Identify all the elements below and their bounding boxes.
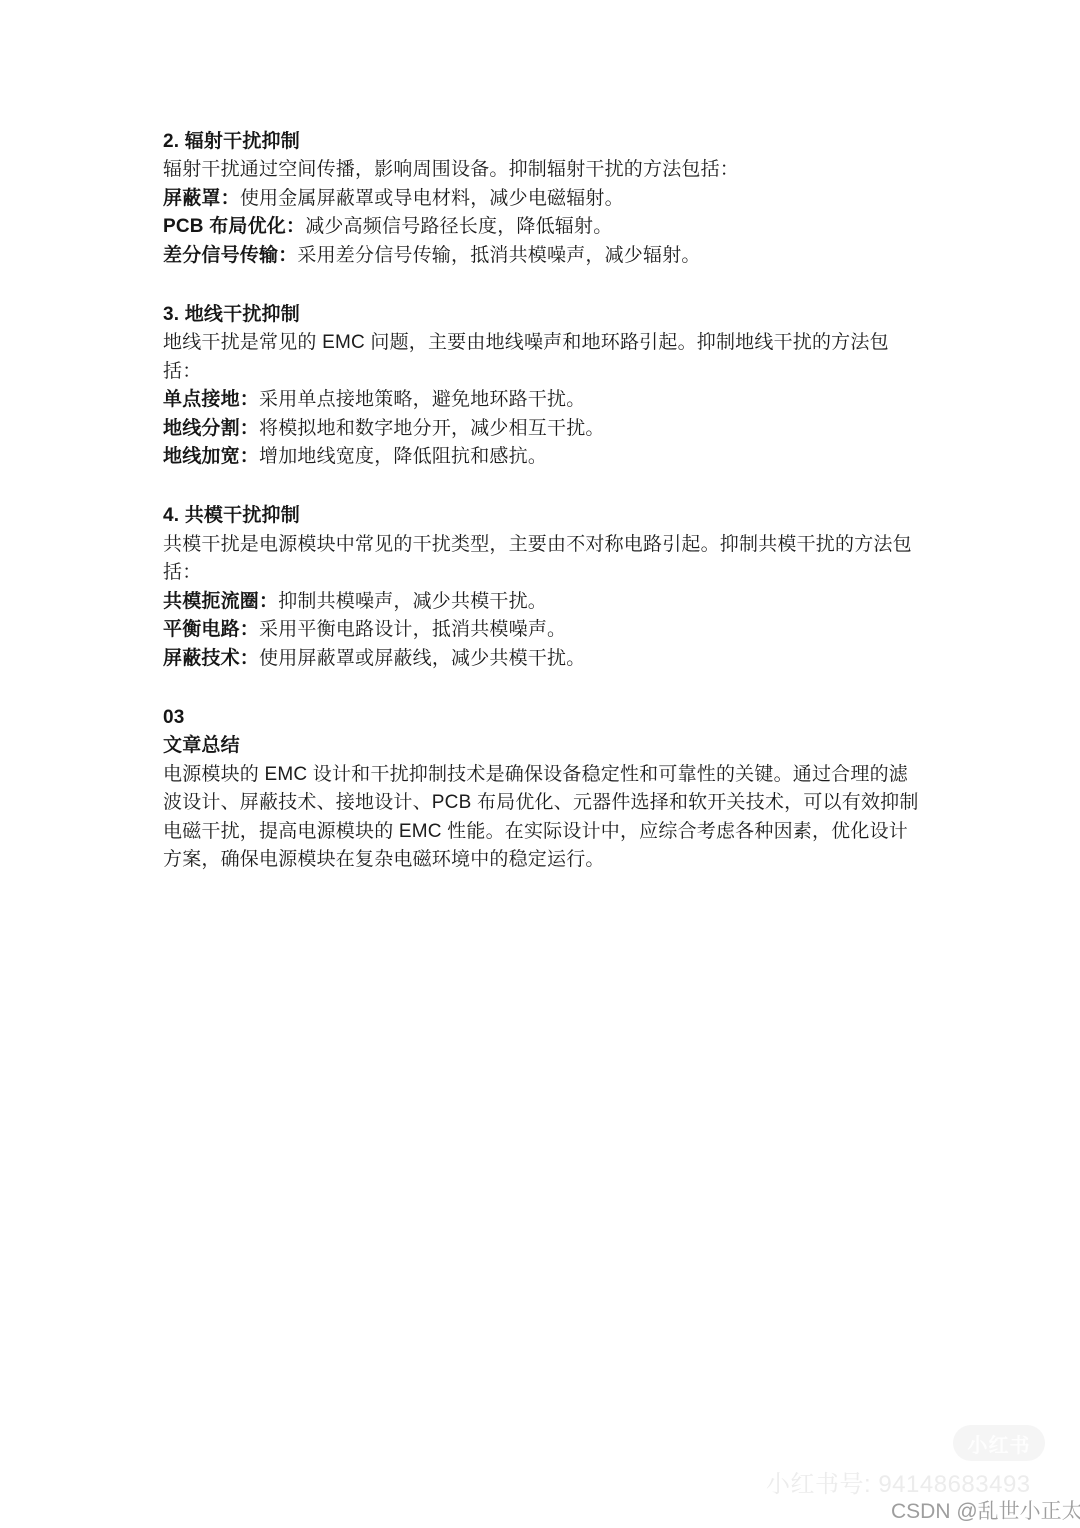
xiaohongshu-id-watermark: 小红书号: 94148683493 [766, 1464, 1031, 1499]
definition-item: 地线加宽：增加地线宽度，降低阻抗和感抗。 [163, 443, 927, 471]
section-heading: 3. 地线干扰抑制 [163, 301, 927, 329]
definition-item: 单点接地：采用单点接地策略，避免地环路干扰。 [163, 386, 927, 414]
definition-item: 共模扼流圈：抑制共模噪声，减少共模干扰。 [163, 588, 927, 616]
definition-item: 屏蔽技术：使用屏蔽罩或屏蔽线，减少共模干扰。 [163, 645, 927, 673]
section-ground-interference: 3. 地线干扰抑制 地线干扰是常见的 EMC 问题，主要由地线噪声和地环路引起。… [163, 301, 927, 471]
xiaohongshu-badge-label: 小红书 [968, 1429, 1031, 1458]
definition-item: 地线分割：将模拟地和数字地分开，减少相互干扰。 [163, 415, 927, 443]
definition-term: PCB 布局优化： [163, 216, 305, 237]
definition-desc: 增加地线宽度，降低阻抗和感抗。 [259, 446, 547, 467]
section-intro: 地线干扰是常见的 EMC 问题，主要由地线噪声和地环路引起。抑制地线干扰的方法包… [163, 329, 927, 386]
definition-desc: 采用差分信号传输，抵消共模噪声，减少辐射。 [297, 245, 700, 266]
summary-paragraph: 电源模块的 EMC 设计和干扰抑制技术是确保设备稳定性和可靠性的关键。通过合理的… [163, 761, 927, 875]
definition-desc: 采用单点接地策略，避免地环路干扰。 [259, 389, 585, 410]
section-intro: 共模干扰是电源模块中常见的干扰类型，主要由不对称电路引起。抑制共模干扰的方法包括… [163, 531, 927, 588]
section-radiated-interference: 2. 辐射干扰抑制 辐射干扰通过空间传播，影响周围设备。抑制辐射干扰的方法包括：… [163, 128, 927, 270]
definition-term: 屏蔽罩： [163, 188, 240, 209]
definition-desc: 减少高频信号路径长度，降低辐射。 [305, 216, 612, 237]
definition-term: 屏蔽技术： [163, 648, 259, 669]
section-common-mode-interference: 4. 共模干扰抑制 共模干扰是电源模块中常见的干扰类型，主要由不对称电路引起。抑… [163, 502, 927, 672]
definition-term: 平衡电路： [163, 619, 259, 640]
definition-term: 差分信号传输： [163, 245, 297, 266]
definition-desc: 采用平衡电路设计，抵消共模噪声。 [259, 619, 566, 640]
definition-item: 差分信号传输：采用差分信号传输，抵消共模噪声，减少辐射。 [163, 242, 927, 270]
article-body: 2. 辐射干扰抑制 辐射干扰通过空间传播，影响周围设备。抑制辐射干扰的方法包括：… [163, 128, 927, 874]
section-heading: 2. 辐射干扰抑制 [163, 128, 927, 156]
definition-desc: 使用金属屏蔽罩或导电材料，减少电磁辐射。 [240, 188, 624, 209]
definition-term: 地线加宽： [163, 446, 259, 467]
csdn-author-watermark: CSDN @乱世小正太 [891, 1495, 1080, 1525]
section-intro: 辐射干扰通过空间传播，影响周围设备。抑制辐射干扰的方法包括： [163, 156, 927, 184]
definition-desc: 抑制共模噪声，减少共模干扰。 [278, 591, 547, 612]
section-summary: 03 文章总结 电源模块的 EMC 设计和干扰抑制技术是确保设备稳定性和可靠性的… [163, 704, 927, 874]
xiaohongshu-badge: 小红书 [953, 1425, 1045, 1461]
summary-number: 03 [163, 704, 927, 732]
definition-desc: 使用屏蔽罩或屏蔽线，减少共模干扰。 [259, 648, 585, 669]
definition-desc: 将模拟地和数字地分开，减少相互干扰。 [259, 418, 605, 439]
section-heading: 4. 共模干扰抑制 [163, 502, 927, 530]
definition-term: 共模扼流圈： [163, 591, 278, 612]
summary-heading: 文章总结 [163, 732, 927, 760]
definition-term: 地线分割： [163, 418, 259, 439]
definition-item: 屏蔽罩：使用金属屏蔽罩或导电材料，减少电磁辐射。 [163, 185, 927, 213]
definition-term: 单点接地： [163, 389, 259, 410]
document-page: 2. 辐射干扰抑制 辐射干扰通过空间传播，影响周围设备。抑制辐射干扰的方法包括：… [0, 0, 1080, 1528]
definition-item: PCB 布局优化：减少高频信号路径长度，降低辐射。 [163, 213, 927, 241]
definition-item: 平衡电路：采用平衡电路设计，抵消共模噪声。 [163, 616, 927, 644]
